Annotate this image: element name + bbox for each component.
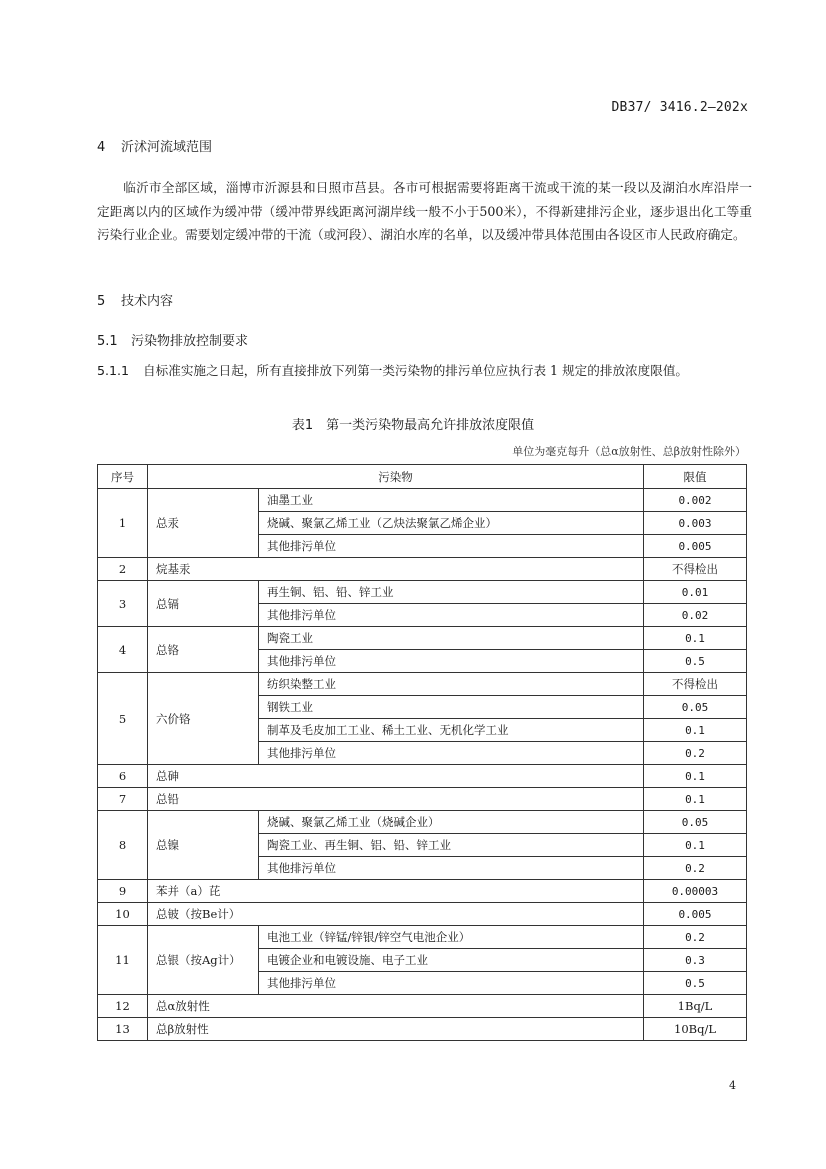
header-no: 序号 (98, 465, 148, 489)
row-no: 10 (98, 903, 148, 926)
section-5-heading: 5技术内容 (97, 290, 173, 309)
clause-text: 自标准实施之日起，所有直接排放下列第一类污染物的排污单位应执行表 1 规定的排放… (143, 363, 688, 378)
limit-value: 0.5 (644, 972, 747, 995)
header-pollutant: 污染物 (148, 465, 644, 489)
industry: 陶瓷工业、再生铜、铝、铅、锌工业 (259, 834, 644, 857)
pollutant-name: 总铬 (148, 627, 259, 673)
table-row: 7 总铅 0.1 (98, 788, 747, 811)
table-row: 2 烷基汞 不得检出 (98, 558, 747, 581)
industry: 再生铜、铝、铅、锌工业 (259, 581, 644, 604)
pollutant-name: 总铅 (148, 788, 644, 811)
limit-value: 1Bq/L (644, 995, 747, 1018)
row-no: 11 (98, 926, 148, 995)
section-5-1-heading: 5.1污染物排放控制要求 (97, 330, 248, 349)
limit-value: 0.05 (644, 696, 747, 719)
table-row: 8 总镍 烧碱、聚氯乙烯工业（烧碱企业） 0.05 (98, 811, 747, 834)
pollutant-name: 苯并（a）芘 (148, 880, 644, 903)
limit-value: 0.1 (644, 834, 747, 857)
industry: 其他排污单位 (259, 742, 644, 765)
pollutant-name: 总铍（按Be计） (148, 903, 644, 926)
limit-value: 0.1 (644, 719, 747, 742)
document-code: DB37/ 3416.2—202x (612, 100, 748, 115)
industry: 其他排污单位 (259, 972, 644, 995)
subsection-title: 污染物排放控制要求 (131, 334, 248, 349)
limit-value: 0.003 (644, 512, 747, 535)
limit-value: 0.002 (644, 489, 747, 512)
row-no: 2 (98, 558, 148, 581)
clause-5-1-1: 5.1.1自标准实施之日起，所有直接排放下列第一类污染物的排污单位应执行表 1 … (97, 359, 752, 383)
pollutant-name: 总汞 (148, 489, 259, 558)
table-row: 9 苯并（a）芘 0.00003 (98, 880, 747, 903)
section-number: 5 (97, 294, 121, 309)
limit-value: 0.01 (644, 581, 747, 604)
paragraph-text: 临沂市全部区域，淄博市沂源县和日照市莒县。各市可根据需要将距离干流或干流的某一段… (97, 180, 752, 242)
pollutant-name: 总银（按Ag计） (148, 926, 259, 995)
pollutant-name: 总镍 (148, 811, 259, 880)
subsection-number: 5.1 (97, 334, 131, 349)
industry: 纺织染整工业 (259, 673, 644, 696)
row-no: 9 (98, 880, 148, 903)
limit-value: 0.1 (644, 788, 747, 811)
limit-value: 0.005 (644, 903, 747, 926)
limit-value: 不得检出 (644, 673, 747, 696)
industry: 电池工业（锌锰/锌银/锌空气电池企业） (259, 926, 644, 949)
table-row: 13 总β放射性 10Bq/L (98, 1018, 747, 1041)
row-no: 1 (98, 489, 148, 558)
industry: 陶瓷工业 (259, 627, 644, 650)
table-unit-note: 单位为毫克每升（总α放射性、总β放射性除外） (512, 443, 746, 459)
pollutant-limits-table: 序号 污染物 限值 1 总汞 油墨工业 0.002 烧碱、聚氯乙烯工业（乙炔法聚… (97, 464, 747, 1041)
table-row: 1 总汞 油墨工业 0.002 (98, 489, 747, 512)
limit-value: 0.05 (644, 811, 747, 834)
industry: 电镀企业和电镀设施、电子工业 (259, 949, 644, 972)
limit-value: 0.02 (644, 604, 747, 627)
table-caption: 表1 第一类污染物最高允许排放浓度限值 (0, 414, 826, 433)
table-row: 11 总银（按Ag计） 电池工业（锌锰/锌银/锌空气电池企业） 0.2 (98, 926, 747, 949)
limit-value: 0.1 (644, 765, 747, 788)
section-4-paragraph: 临沂市全部区域，淄博市沂源县和日照市莒县。各市可根据需要将距离干流或干流的某一段… (97, 176, 752, 247)
row-no: 3 (98, 581, 148, 627)
page-number: 4 (729, 1079, 736, 1092)
industry: 其他排污单位 (259, 650, 644, 673)
table-row: 10 总铍（按Be计） 0.005 (98, 903, 747, 926)
row-no: 6 (98, 765, 148, 788)
section-number: 4 (97, 140, 121, 155)
header-limit: 限值 (644, 465, 747, 489)
row-no: 5 (98, 673, 148, 765)
table-row: 12 总α放射性 1Bq/L (98, 995, 747, 1018)
industry: 其他排污单位 (259, 604, 644, 627)
industry: 其他排污单位 (259, 535, 644, 558)
table-row: 3 总镉 再生铜、铝、铅、锌工业 0.01 (98, 581, 747, 604)
pollutant-name: 总砷 (148, 765, 644, 788)
clause-number: 5.1.1 (97, 363, 129, 378)
limit-value: 不得检出 (644, 558, 747, 581)
section-title: 技术内容 (121, 294, 173, 309)
table-row: 4 总铬 陶瓷工业 0.1 (98, 627, 747, 650)
pollutant-name: 烷基汞 (148, 558, 644, 581)
limit-value: 0.5 (644, 650, 747, 673)
limit-value: 0.2 (644, 926, 747, 949)
industry: 烧碱、聚氯乙烯工业（乙炔法聚氯乙烯企业） (259, 512, 644, 535)
row-no: 7 (98, 788, 148, 811)
row-no: 4 (98, 627, 148, 673)
industry: 油墨工业 (259, 489, 644, 512)
limit-value: 0.2 (644, 742, 747, 765)
industry: 烧碱、聚氯乙烯工业（烧碱企业） (259, 811, 644, 834)
row-no: 13 (98, 1018, 148, 1041)
limit-value: 0.3 (644, 949, 747, 972)
limit-value: 0.00003 (644, 880, 747, 903)
row-no: 12 (98, 995, 148, 1018)
pollutant-name: 总α放射性 (148, 995, 644, 1018)
pollutant-name: 六价铬 (148, 673, 259, 765)
section-title: 沂沭河流域范围 (121, 140, 212, 155)
industry: 其他排污单位 (259, 857, 644, 880)
limit-value: 10Bq/L (644, 1018, 747, 1041)
row-no: 8 (98, 811, 148, 880)
limit-value: 0.005 (644, 535, 747, 558)
industry: 钢铁工业 (259, 696, 644, 719)
industry: 制革及毛皮加工工业、稀土工业、无机化学工业 (259, 719, 644, 742)
limit-value: 0.1 (644, 627, 747, 650)
section-4-heading: 4沂沭河流域范围 (97, 136, 212, 155)
pollutant-name: 总镉 (148, 581, 259, 627)
table-header-row: 序号 污染物 限值 (98, 465, 747, 489)
table-row: 6 总砷 0.1 (98, 765, 747, 788)
pollutant-name: 总β放射性 (148, 1018, 644, 1041)
table-row: 5 六价铬 纺织染整工业 不得检出 (98, 673, 747, 696)
limit-value: 0.2 (644, 857, 747, 880)
